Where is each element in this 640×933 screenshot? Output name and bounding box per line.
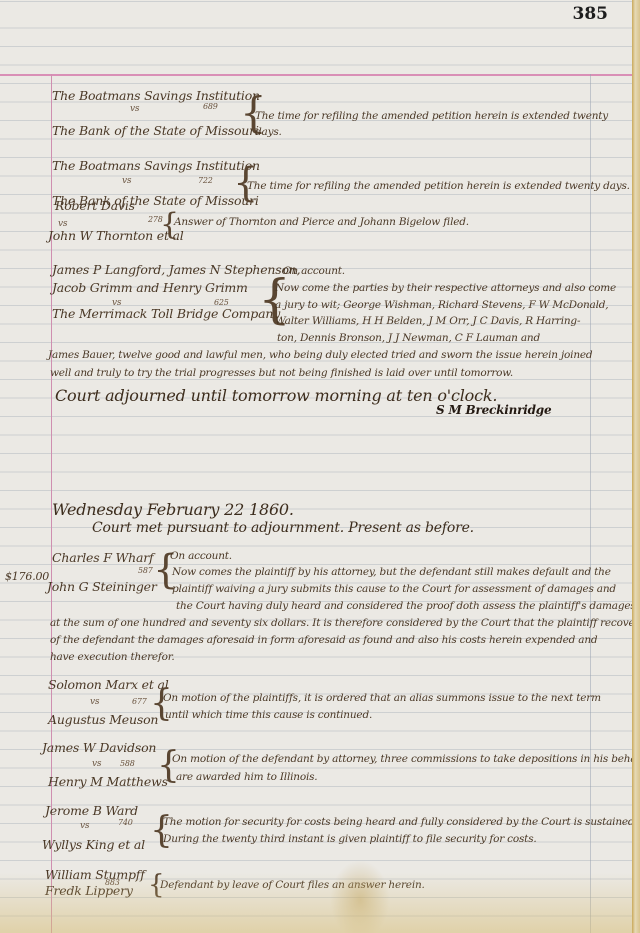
entry-1-order-line-1: The time for refiling the amended petiti… — [255, 110, 608, 122]
ledger-page: 385 The Boatmans Savings Institution vs … — [0, 0, 632, 933]
entry-1-plaintiff: The Boatmans Savings Institution — [52, 88, 260, 103]
entry-4-order-line-6: well and truly to try the trial progress… — [50, 367, 513, 379]
day2-entry-3-defendant: Henry M Matthews — [48, 774, 168, 789]
day2-entry-1-order-line-5: of the defendant the damages aforesaid i… — [50, 634, 597, 646]
entry-4-plaintiff-line-2: Jacob Grimm and Henry Grimm — [52, 280, 248, 295]
day2-entry-2-order-line-2: until which time this cause is continued… — [165, 709, 372, 721]
day2-entry-1-order-line-1: Now comes the plaintiff by his attorney,… — [172, 566, 611, 578]
right-margin-line — [590, 74, 591, 933]
entry-1-vs: vs — [130, 104, 139, 114]
entry-3-order-line-1: Answer of Thornton and Pierce and Johann… — [174, 216, 469, 228]
entry-4-order-line-3: Walter Williams, H H Belden, J M Orr, J … — [275, 315, 580, 327]
page-number: 385 — [573, 4, 609, 24]
entry-4-order-line-2: a jury to wit; George Wishman, Richard S… — [275, 299, 608, 311]
day2-entry-2-defendant: Augustus Meuson — [48, 712, 158, 727]
entry-2-plaintiff: The Boatmans Savings Institution — [52, 158, 260, 173]
day2-entry-1-order-heading: On account. — [170, 550, 232, 562]
session-subheading: Court met pursuant to adjournment. Prese… — [92, 520, 474, 536]
judge-signature: S M Breckinridge — [436, 403, 551, 417]
day2-entry-1-order-line-2: plaintiff waiving a jury submits this ca… — [172, 583, 616, 595]
entry-4-order-line-1: Now come the parties by their respective… — [275, 282, 616, 294]
header-red-rule — [0, 74, 632, 76]
entry-4-order-line-5: James Bauer, twelve good and lawful men,… — [48, 349, 592, 361]
day2-entry-2-order-line-1: On motion of the plaintiffs, it is order… — [163, 692, 601, 704]
session-date-heading: Wednesday February 22 1860. — [52, 500, 294, 519]
entry-1-order-line-2: days. — [255, 126, 282, 138]
entry-4-order-heading: On account. — [283, 265, 345, 277]
day2-entry-1-order-line-6: have execution therefor. — [50, 651, 175, 663]
day2-entry-3-plaintiff: James W Davidson — [42, 740, 156, 755]
day2-entry-3-order-line-2: are awarded him to Illinois. — [176, 771, 317, 783]
adjournment-note: Court adjourned until tomorrow morning a… — [55, 386, 497, 405]
day2-entry-4-defendant: Wyllys King et al — [42, 837, 145, 852]
day2-entry-1-order-line-4: at the sum of one hundred and seventy si… — [50, 617, 639, 629]
day2-entry-4-case-number: 740 — [118, 818, 133, 827]
entry-4-order-line-4: ton, Dennis Bronson, J J Newman, C F Lau… — [277, 332, 540, 344]
day2-entry-4-vs: vs — [80, 821, 89, 831]
day2-entry-1-defendant: John G Steininger — [47, 579, 157, 594]
entry-2-case-number: 722 — [198, 176, 213, 185]
day2-entry-3-case-number: 588 — [120, 759, 135, 768]
page-bottom-shade — [0, 873, 632, 933]
entry-3-plaintiff: Robert Davis — [55, 198, 135, 213]
day2-entry-2-vs: vs — [90, 697, 99, 707]
entry-2-vs: vs — [122, 176, 131, 186]
day2-entry-3-order-line-1: On motion of the defendant by attorney, … — [172, 753, 640, 765]
entry-2-order-line-1: The time for refiling the amended petiti… — [247, 180, 630, 192]
day2-entry-4-order-line-2: During the twenty third instant is given… — [163, 833, 537, 845]
day2-entry-1-plaintiff: Charles F Wharf — [52, 550, 153, 565]
day2-entry-1-order-line-3: the Court having duly heard and consider… — [176, 600, 636, 612]
day2-entry-4-plaintiff: Jerome B Ward — [45, 803, 138, 818]
day2-entry-4-order-line-1: The motion for security for costs being … — [163, 816, 638, 828]
day2-entry-3-vs: vs — [92, 759, 101, 769]
day2-entry-1-case-number: 587 — [138, 566, 153, 575]
entry-1-defendant: The Bank of the State of Missouri — [52, 123, 259, 138]
book-page-edge — [632, 0, 640, 933]
entry-4-defendant: The Merrimack Toll Bridge Company — [52, 306, 280, 321]
entry-1-case-number: 689 — [203, 102, 218, 111]
margin-amount: $176.00 — [5, 570, 49, 583]
day2-entry-2-case-number: 677 — [132, 697, 147, 706]
